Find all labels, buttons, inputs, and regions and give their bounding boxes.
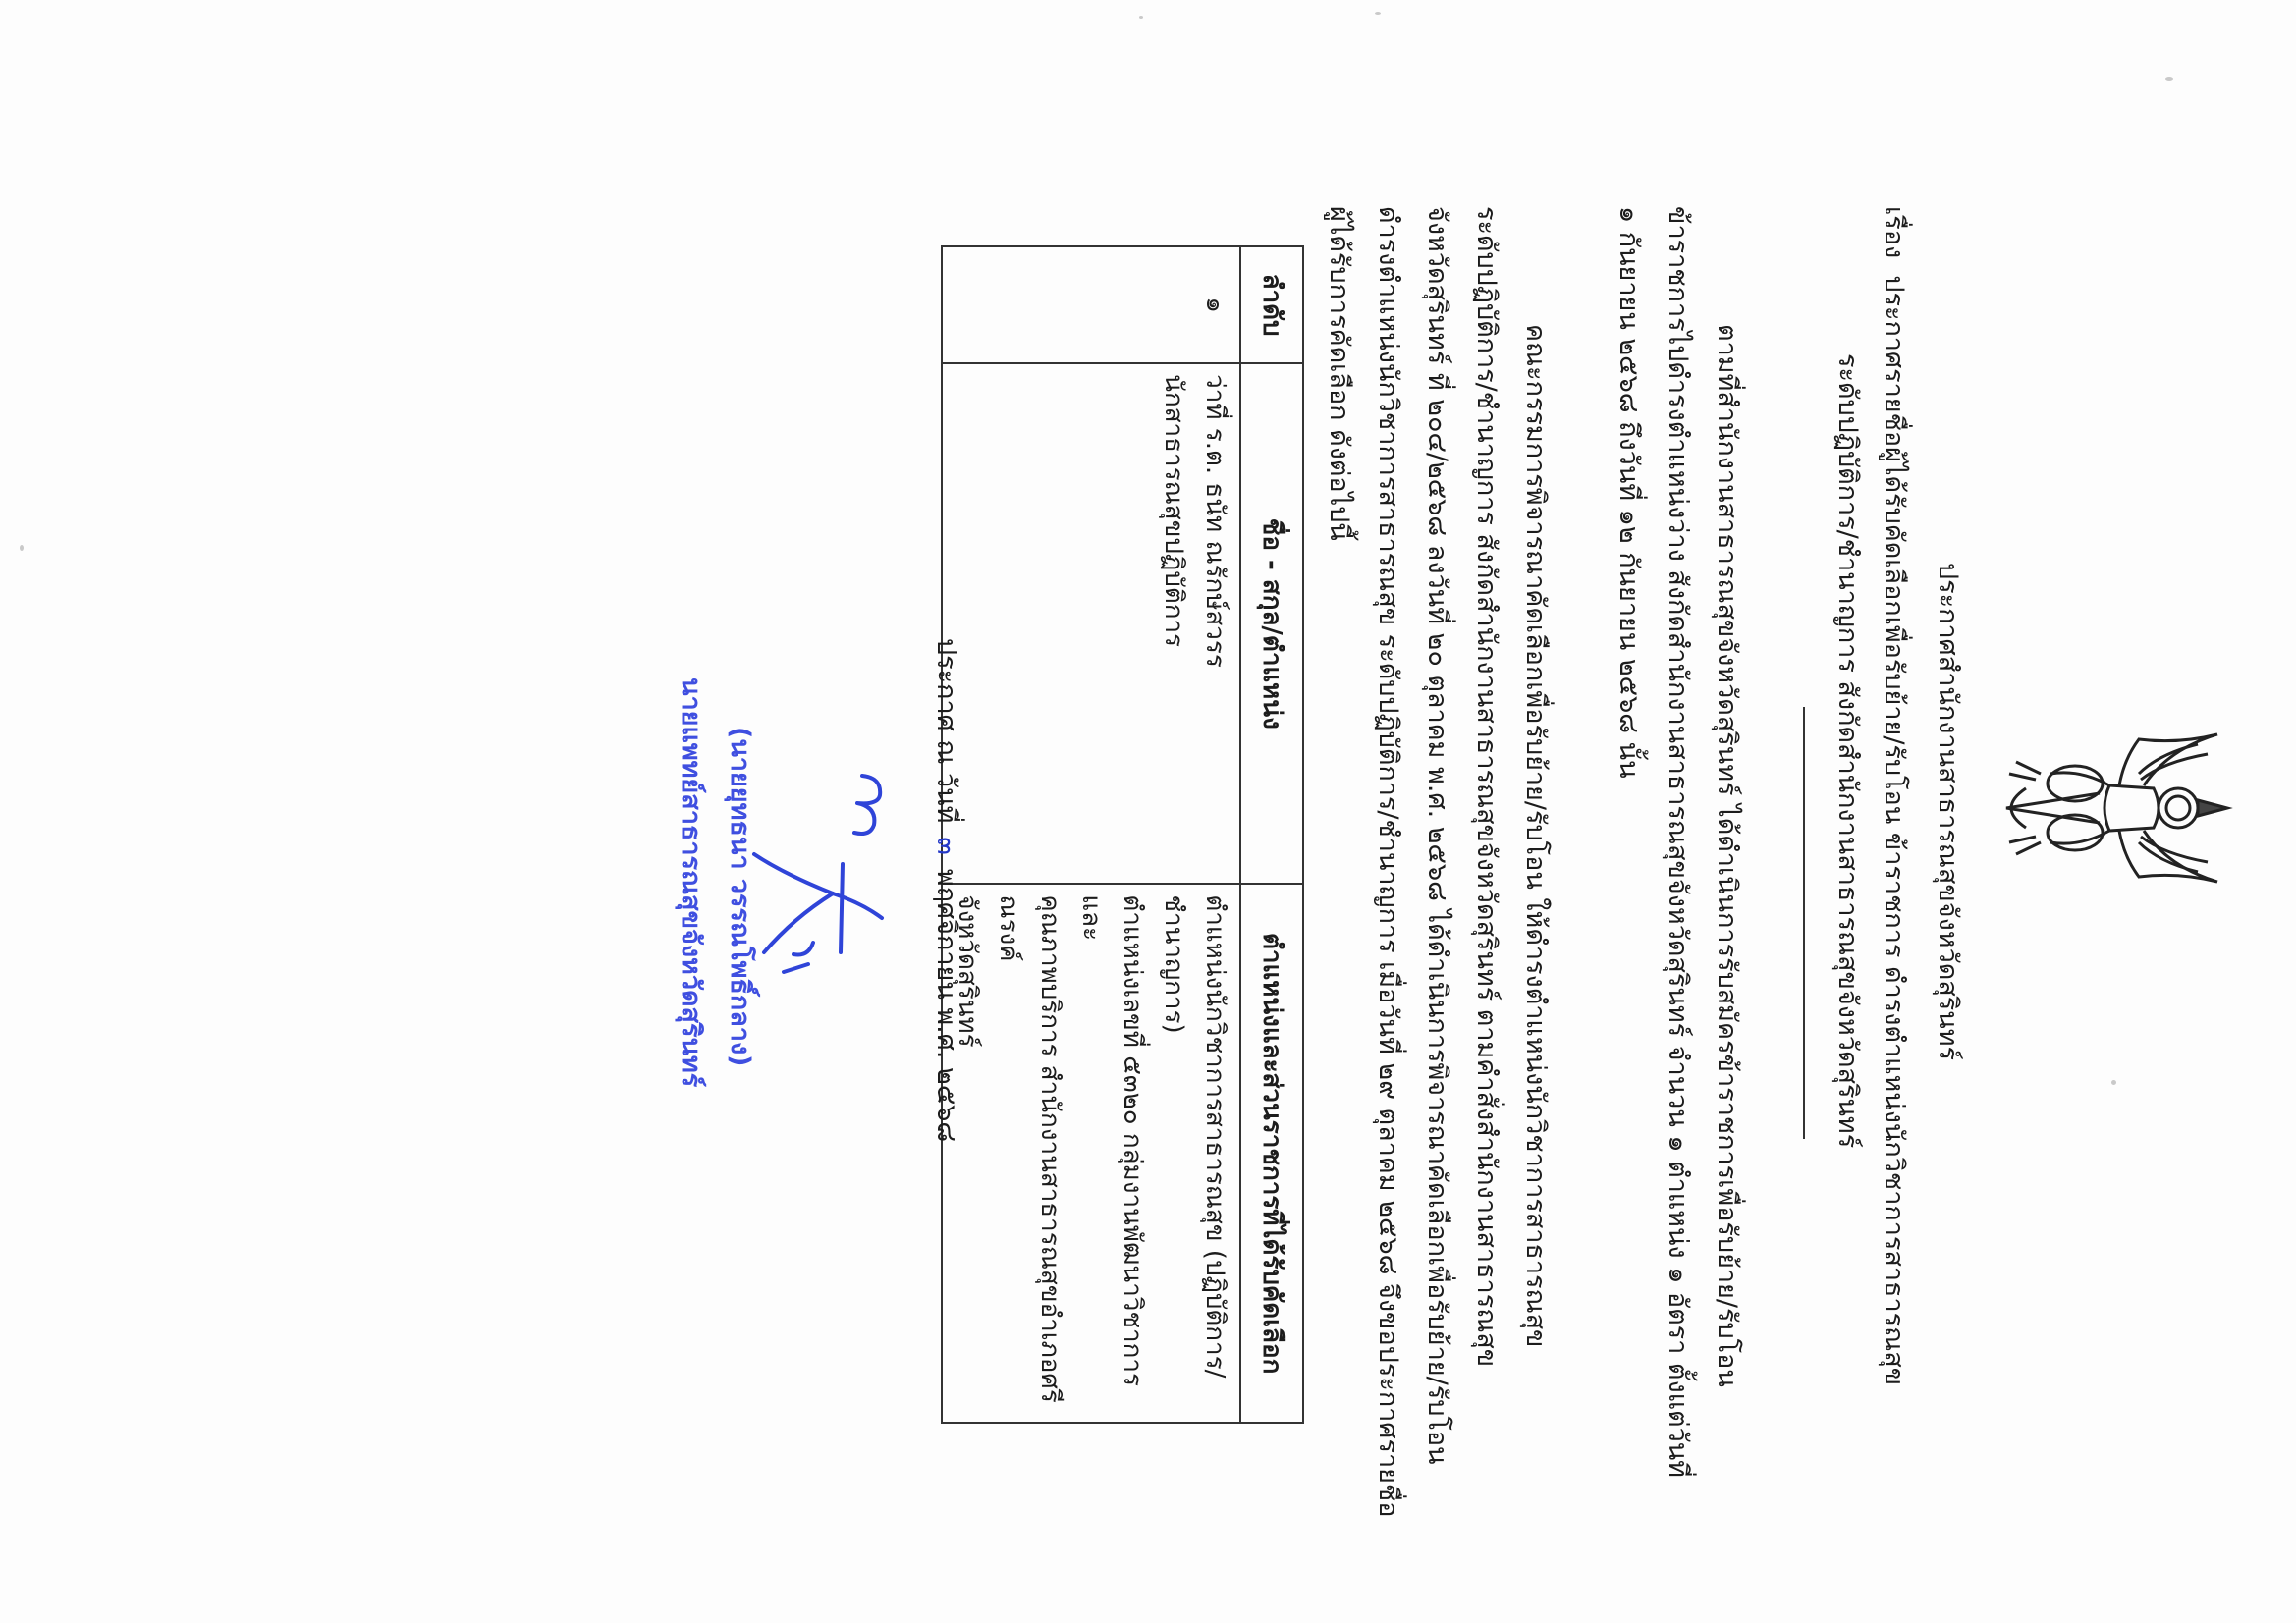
table-row: ๑ ว่าที่ ร.ต. ธนัท ณรักษ์สวรร นักสาธารณส… xyxy=(942,246,1240,1423)
paragraph-2-line: ดำรงตำแหน่งนักวิชาการสาธารณสุข ระดับปฏิบ… xyxy=(1363,206,1412,1561)
selected-position-line: ตำแหน่งเลขที่ ๕๓๒๐ กลุ่มงานพัฒนาวิชาการแ… xyxy=(1070,894,1153,1412)
scan-speck xyxy=(2111,1080,2116,1085)
cell-number: ๑ xyxy=(942,246,1240,363)
scanned-page-background: ประกาศสำนักงานสาธารณสุขจังหวัดสุรินทร์ เ… xyxy=(0,0,2296,1623)
scan-speck xyxy=(1375,12,1381,15)
scan-speck xyxy=(20,545,24,551)
paragraph-2: คณะกรรมการพิจารณาคัดเลือกเพื่อรับย้าย/รั… xyxy=(1314,206,1559,1561)
document-page: ประกาศสำนักงานสาธารณสุขจังหวัดสุรินทร์ เ… xyxy=(0,0,2296,1623)
garuda-emblem-icon xyxy=(1992,715,2237,901)
selected-position-line: คุณภาพบริการ สำนักงานสาธารณสุขอำเภอศรีณร… xyxy=(988,894,1070,1412)
date-prefix: ประกาศ ณ วันที่ xyxy=(931,638,961,823)
scan-speck xyxy=(2165,77,2173,81)
issuer-title: ประกาศสำนักงานสาธารณสุขจังหวัดสุรินทร์ xyxy=(1923,0,1972,1623)
date-day-handwritten: ๓ xyxy=(931,823,961,868)
selected-position-line: ตำแหน่งนักวิชาการสาธารณสุข (ปฏิบัติการ/ช… xyxy=(1153,894,1235,1412)
paragraph-1: ตามที่สำนักงานสาธารณสุขจังหวัดสุรินทร์ ไ… xyxy=(1604,206,1751,1561)
scan-speck xyxy=(1139,16,1143,19)
paragraph-1-line: ๑ กันยายน ๒๕๖๘ ถึงวันที่ ๑๒ กันยายน ๒๕๖๘… xyxy=(1604,206,1653,1561)
subject-line-1: เรื่อง ประกาศรายชื่อผู้ได้รับคัดเลือกเพื… xyxy=(1869,206,1918,1385)
subject-label: เรื่อง xyxy=(1879,206,1909,258)
paragraph-2-line: ผู้ได้รับการคัดเลือก ดังต่อไปนี้ xyxy=(1314,206,1363,1561)
cell-name: ว่าที่ ร.ต. ธนัท ณรักษ์สวรร นักสาธารณสุข… xyxy=(942,363,1240,884)
paragraph-1-line: ข้าราชการไปดำรงตำแหน่งว่าง สังกัดสำนักงา… xyxy=(1653,206,1702,1561)
signatory-title: นายแพทย์สาธารณสุขจังหวัดสุรินทร์ xyxy=(666,677,715,1087)
subject-line-2: ระดับปฏิบัติการ/ชำนาญการ สังกัดสำนักงานส… xyxy=(1823,353,1872,1148)
date-suffix: พฤศจิกายน พ.ศ. ๒๕๖๘ xyxy=(931,869,961,1142)
selection-table: ลำดับ ชื่อ - สกุล/ตำแหน่ง ตำแหน่งและส่วน… xyxy=(941,245,1304,1424)
candidate-name: ว่าที่ ร.ต. ธนัท ณรักษ์สวรร xyxy=(1194,374,1235,873)
candidate-current-position: นักสาธารณสุขปฏิบัติการ xyxy=(1153,374,1194,873)
paragraph-2-line: ระดับปฏิบัติการ/ชำนาญการ สังกัดสำนักงานส… xyxy=(1461,206,1510,1561)
column-header-name: ชื่อ - สกุล/ตำแหน่ง xyxy=(1240,363,1303,884)
paragraph-2-line: คณะกรรมการพิจารณาคัดเลือกเพื่อรับย้าย/รั… xyxy=(1510,206,1559,1561)
table-header-row: ลำดับ ชื่อ - สกุล/ตำแหน่ง ตำแหน่งและส่วน… xyxy=(1240,246,1303,1423)
cell-position: ตำแหน่งนักวิชาการสาธารณสุข (ปฏิบัติการ/ช… xyxy=(942,884,1240,1423)
announcement-date: ประกาศ ณ วันที่๓พฤศจิกายน พ.ศ. ๒๕๖๘ xyxy=(921,638,970,1142)
subject-text: ประกาศรายชื่อผู้ได้รับคัดเลือกเพื่อรับย้… xyxy=(1879,275,1909,1385)
column-header-number: ลำดับ xyxy=(1240,246,1303,363)
signatory-name: (นายยุทธนา วรรณโพธิ์กลาง) xyxy=(715,727,764,1066)
column-header-position: ตำแหน่งและส่วนราชการที่ได้รับคัดเลือก xyxy=(1240,884,1303,1423)
paragraph-2-line: จังหวัดสุรินทร์ ที่ ๒๐๔/๒๕๖๘ ลงวันที่ ๒๐… xyxy=(1412,206,1461,1561)
header-divider xyxy=(1803,707,1805,1139)
paragraph-1-line: ตามที่สำนักงานสาธารณสุขจังหวัดสุรินทร์ ไ… xyxy=(1702,206,1751,1561)
